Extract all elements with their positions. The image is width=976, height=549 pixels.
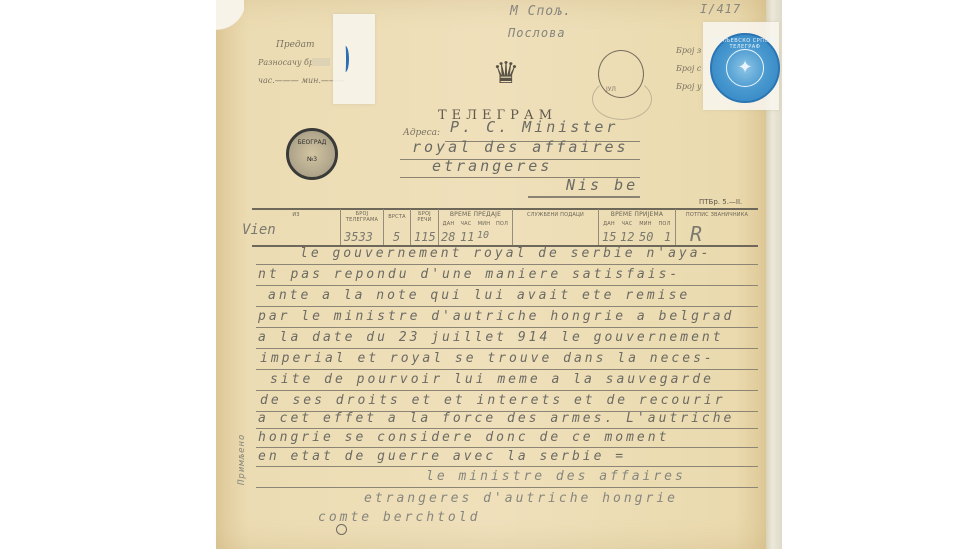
header-telegram-number: БРОЈ ТЕЛЕГРАМА [341,211,383,223]
header-kind: ВРСТА [384,214,410,220]
sent-sub-min: МИН [475,221,493,227]
form-code: ПТБр. 5.—II. [699,198,742,206]
header-word-count: БРОЈ РЕЧИ [411,211,438,223]
message-rule [256,390,758,391]
receipt-stamp-faded [592,78,652,120]
coat-of-arms-icon: ♛ [486,52,526,96]
broj-label-2: Број с [676,64,701,73]
message-line-11: en etat de guerre avec la serbie = [256,449,758,464]
postmark-city: БЕОГРАД [289,139,335,146]
broj-label-3: Број у [676,82,701,91]
message-line-6: imperial et royal se trouve dans la nece… [256,351,760,366]
header-received-time: ВРЕМЕ ПРИЈЕМА [599,211,675,218]
value-operator-signature: R [690,222,702,246]
small-stamp-mark [336,524,347,535]
value-sent-day: 28 [441,230,455,244]
sent-sub-day: ДАН [440,221,457,227]
value-sent-min: 10 [477,230,489,241]
value-sent-hour: 11 [460,230,474,244]
message-rule [256,327,758,328]
value-received-hour: 12 [620,230,634,244]
value-from: Vien [242,222,276,238]
margin-note: Примљено [237,425,247,485]
signature-line-1: etrangeres d'autriche hongrie [364,491,678,506]
message-line-7: site de pourvoir lui meme a la sauvegard… [256,372,770,387]
header-from: ИЗ [252,212,340,218]
message-rule [256,428,758,429]
message-line-8: de ses droits et et interets et de recou… [256,393,760,408]
sent-sub-pol: ПОЛ [493,221,511,227]
message-line-10: hongrie se considere donc de ce moment [256,430,758,445]
sent-sub-hour: ЧАС [457,221,475,227]
header-operator-signature: ПОТПИС ЗВАНИЧНИКА [676,212,758,218]
signature-line-2: comte berchtold [318,510,480,525]
blue-pencil-mark [342,46,349,72]
message-rule [256,369,758,370]
recv-sub-min: МИН [636,221,655,227]
address-rule-4 [528,196,640,198]
postmark-number: №3 [289,156,335,163]
recv-sub-day: ДАН [600,221,618,227]
message-rule [256,466,758,467]
value-kind: 5 [393,230,400,244]
value-received-pol: 1 [664,230,671,244]
value-telegram-number: 3533 [344,230,373,244]
message-line-5: a la date du 23 juillet 914 le gouvernem… [256,330,758,345]
message-line-1: le gouvernement royal de serbie n'ayа- [256,246,800,261]
broj-label-1: Број з [676,46,701,55]
seal-emblem-icon: ✦ [726,49,764,87]
tape-strip-left [333,14,375,104]
predat-label: Предат [276,40,315,50]
message-line-3: ante a la note qui lui avait ete remise [256,288,768,303]
message-line-4: par le ministre d'autriche hongrie a bel… [256,309,758,324]
receipt-stamp-text: ЈУЛ [606,86,616,93]
header-sent-time: ВРЕМЕ ПРЕДАЈЕ [439,211,512,218]
message-line-2: nt pas repondu d'une maniere satisfais- [256,267,758,282]
message-rule [256,264,758,265]
time-label: час.——— мин.——— [258,76,345,85]
recv-sub-hour: ЧАС [618,221,636,227]
header-service-notes: СЛУЖБЕНИ ПОДАЦИ [513,212,598,218]
address-line-1: P. C. Minister [450,118,618,136]
table-top-rule [252,208,758,210]
message-rule [256,285,758,286]
address-label: Адреса: [403,128,440,138]
message-line-9: a cet effet a la force des armes. L'autr… [256,411,758,426]
address-line-3: etrangeres [432,157,552,175]
raznosacu-box [312,58,330,66]
value-word-count: 115 [414,230,436,244]
address-line-4: Nis be [566,176,638,194]
value-received-day: 15 [602,230,616,244]
recv-sub-pol: ПОЛ [655,221,674,227]
value-received-min: 50 [639,230,653,244]
pencil-note-line2: Послова [508,26,566,40]
message-rule [256,306,758,307]
address-line-2: royal des affaires [412,138,629,156]
archive-number: I/417 [700,2,741,16]
message-rule [256,348,758,349]
belgrade-postmark: БЕОГРАД №3 [286,128,338,180]
raznosacu-label: Разносачу бр. [258,58,317,67]
message-rule [256,447,758,448]
pencil-note-line1: М Спољ. [510,4,572,19]
message-line-12: le ministre des affaires [256,469,926,484]
blue-telegraph-seal: КРАЉЕВСКО СРПСКИ ТЕЛЕГРАФ ✦ [710,33,780,103]
message-rule [256,487,758,488]
